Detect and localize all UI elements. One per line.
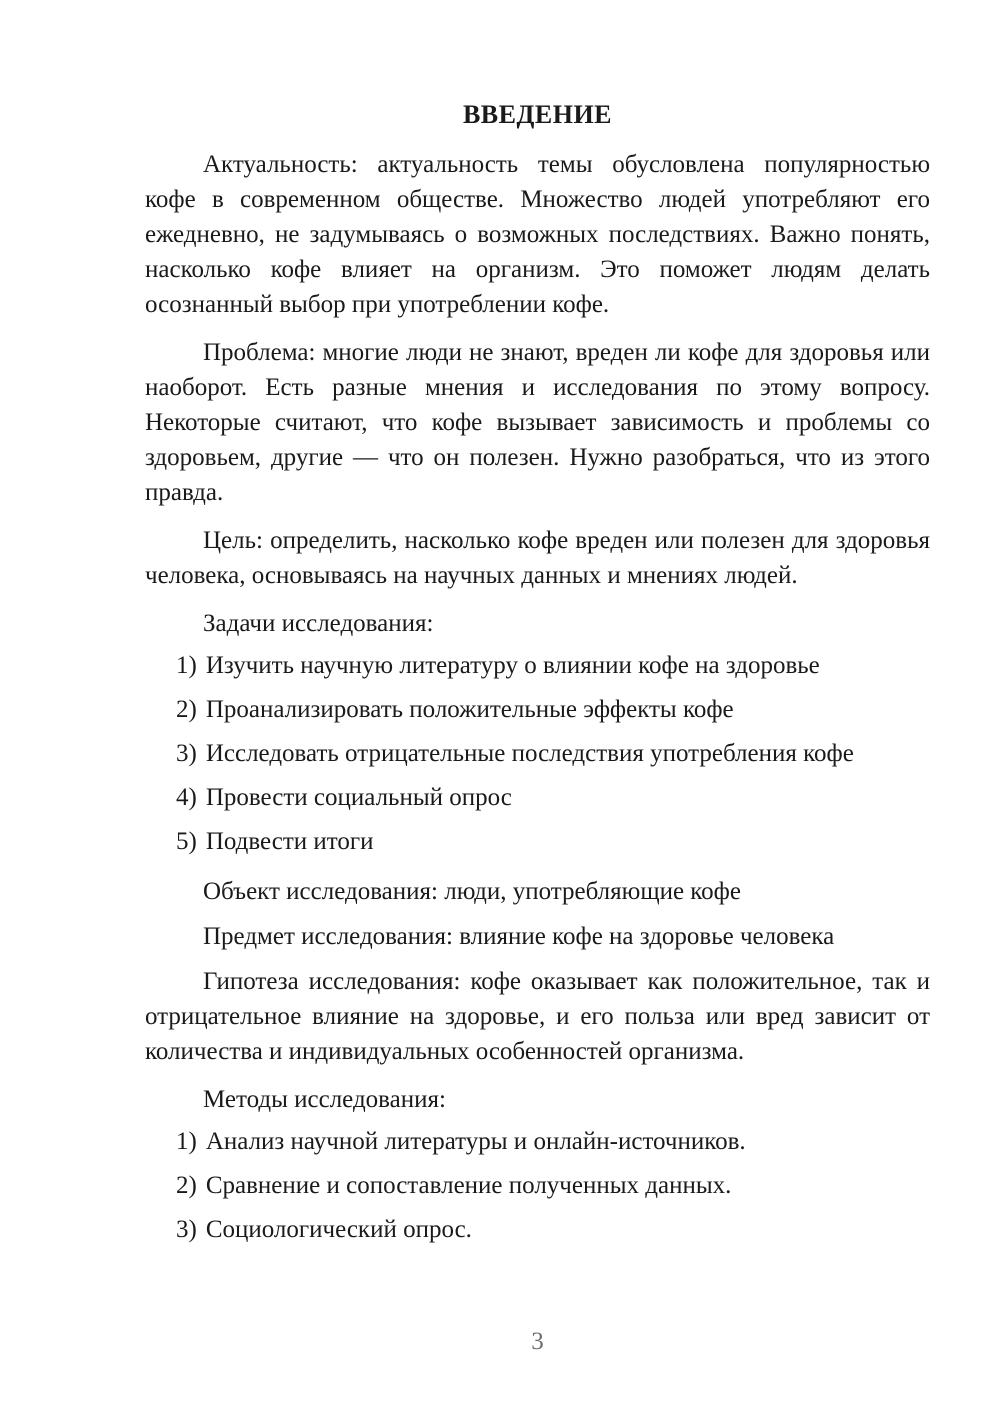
paragraph-hypothesis: Гипотеза исследования: кофе оказывает ка…: [145, 964, 930, 1069]
method-marker-2: 2): [176, 1172, 197, 1199]
paragraph-relevance: Актуальность: актуальность темы обусловл…: [145, 147, 930, 322]
paragraph-subject: Предмет исследования: влияние кофе на зд…: [145, 919, 930, 954]
task-text-1: Изучить научную литературу о влиянии коф…: [206, 652, 820, 679]
paragraph-object: Объект исследования: люди, употребляющие…: [145, 874, 930, 909]
page-title: ВВЕДЕНИЕ: [145, 97, 930, 132]
method-text-2: Сравнение и сопоставление полученных дан…: [206, 1172, 732, 1199]
methods-heading: Методы исследования:: [145, 1082, 930, 1117]
task-text-4: Провести социальный опрос: [206, 784, 512, 811]
method-text-1: Анализ научной литературы и онлайн-источ…: [206, 1128, 746, 1155]
tasks-list: 1)Изучить научную литературу о влиянии к…: [145, 648, 930, 859]
method-marker-1: 1): [176, 1128, 197, 1155]
task-marker-1: 1): [176, 652, 197, 679]
task-text-5: Подвести итоги: [206, 828, 374, 855]
method-item-3: 3)Социологический опрос.: [145, 1212, 930, 1247]
task-text-3: Исследовать отрицательные последствия уп…: [206, 740, 854, 767]
task-item-1: 1)Изучить научную литературу о влиянии к…: [145, 648, 930, 683]
method-item-1: 1)Анализ научной литературы и онлайн-ист…: [145, 1124, 930, 1159]
document-page: ВВЕДЕНИЕ Актуальность: актуальность темы…: [0, 0, 1000, 1414]
task-item-2: 2)Проанализировать положительные эффекты…: [145, 692, 930, 727]
page-number: 3: [145, 1324, 930, 1359]
task-marker-5: 5): [176, 828, 197, 855]
task-item-5: 5)Подвести итоги: [145, 824, 930, 859]
paragraph-problem: Проблема: многие люди не знают, вреден л…: [145, 335, 930, 510]
task-item-3: 3)Исследовать отрицательные последствия …: [145, 736, 930, 771]
task-marker-3: 3): [176, 740, 197, 767]
tasks-heading: Задачи исследования:: [145, 606, 930, 641]
methods-list: 1)Анализ научной литературы и онлайн-ист…: [145, 1124, 930, 1247]
method-item-2: 2)Сравнение и сопоставление полученных д…: [145, 1168, 930, 1203]
task-text-2: Проанализировать положительные эффекты к…: [206, 696, 734, 723]
task-item-4: 4)Провести социальный опрос: [145, 780, 930, 815]
paragraph-goal: Цель: определить, насколько кофе вреден …: [145, 523, 930, 593]
method-text-3: Социологический опрос.: [206, 1216, 472, 1243]
method-marker-3: 3): [176, 1216, 197, 1243]
task-marker-2: 2): [176, 696, 197, 723]
task-marker-4: 4): [176, 784, 197, 811]
